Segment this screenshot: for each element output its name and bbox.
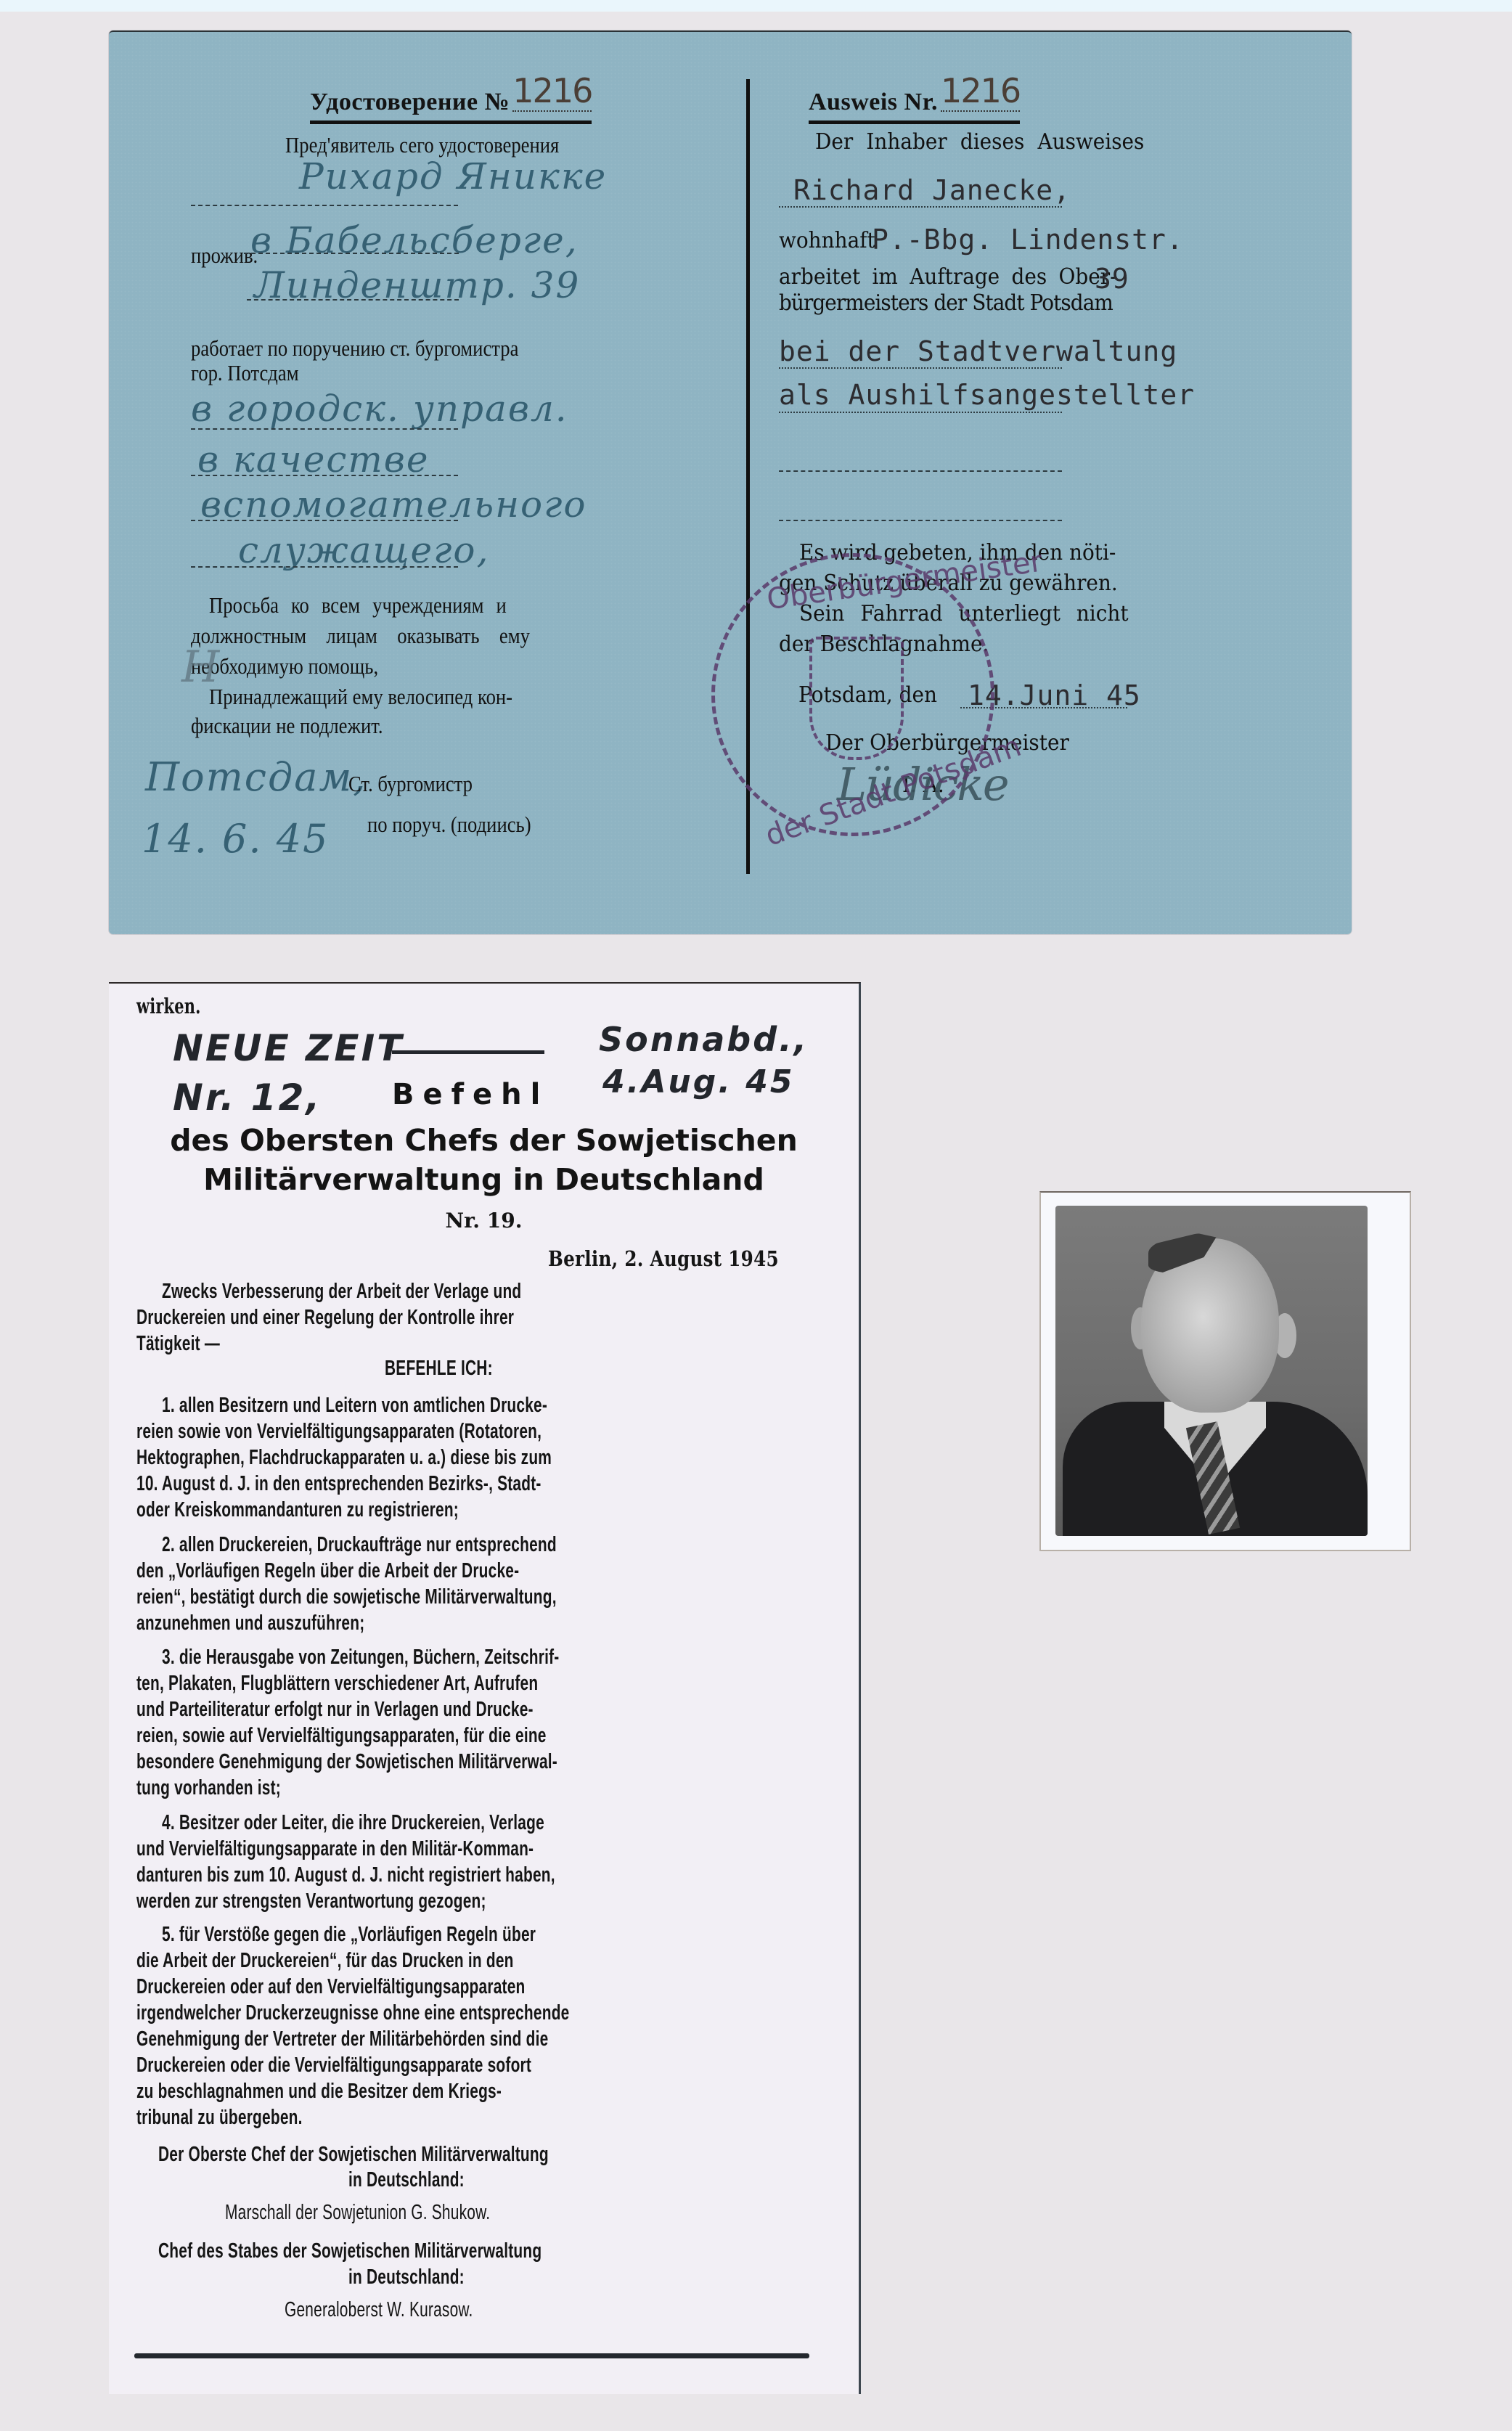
clipping-fragment: wirken. xyxy=(136,994,201,1018)
dotted-line xyxy=(191,205,458,206)
german-works-line-2: bürgermeisters der Stadt Potsdam xyxy=(779,290,1113,316)
clipping-bottom-rule xyxy=(134,2353,809,2358)
order-item-line: reien“, bestätigt durch die sowjetische … xyxy=(136,1585,557,1609)
russian-residence-label: прожив. xyxy=(191,242,258,269)
russian-request-2: должностным лицам оказывать ему xyxy=(191,623,530,649)
order-item-line: Druckereien oder die Vervielfältigungsap… xyxy=(136,2054,531,2077)
order-item-line: 2. allen Druckereien, Druckaufträge nur … xyxy=(162,1533,557,1557)
russian-date-handwritten: 14. 6. 45 xyxy=(142,816,329,862)
order-item-line: besondere Genehmigung der Sowjetischen M… xyxy=(136,1750,557,1774)
german-job-typed-2: als Aushilfsangestellter xyxy=(779,379,1195,411)
russian-job-handwritten-4: служащего, xyxy=(238,529,489,571)
coat-of-arms-icon xyxy=(809,637,904,760)
signature-block-line: Chef des Stabes der Sowjetischen Militär… xyxy=(158,2239,542,2263)
intro-line: Tätigkeit — xyxy=(136,1332,220,1356)
order-item-line: den „Vorläufigen Regeln über die Arbeit … xyxy=(136,1559,519,1583)
russian-works-line: работает по поручению ст. бургомистра xyxy=(191,335,518,361)
order-item-line: 10. August d. J. in den entsprechenden B… xyxy=(136,1472,542,1496)
dotted-line xyxy=(191,475,458,476)
order-item-line: und Parteiliteratur erfolgt nur in Verla… xyxy=(136,1698,534,1722)
order-item-line: tribunal zu übergeben. xyxy=(136,2106,303,2130)
order-item-line: 4. Besitzer oder Leiter, die ihre Drucke… xyxy=(162,1811,544,1835)
signature-block-line: Generaloberst W. Kurasow. xyxy=(285,2298,473,2322)
order-item-line: Genehmigung der Vertreter der Militärbeh… xyxy=(136,2027,548,2051)
headline-befehl: Befehl xyxy=(392,1078,549,1111)
russian-bicycle-2: фискации не подлежит. xyxy=(191,713,383,739)
russian-request-1: Просьба ко всем учреждениям и xyxy=(209,592,507,618)
signature-block-line: Marschall der Sowjetunion G. Shukow. xyxy=(225,2201,490,2225)
order-item-line: werden zur strengsten Verantwortung gezo… xyxy=(136,1889,486,1913)
headline-line-2: des Obersten Chefs der Sowjetischen xyxy=(109,1123,859,1158)
intro-line: Druckereien und einer Regelung der Kontr… xyxy=(136,1306,514,1330)
russian-place-handwritten: Потсдам, xyxy=(145,754,367,800)
handwritten-date: 4.Aug. 45 xyxy=(602,1063,794,1100)
order-item-line: Hektographen, Flachdruckapparaten u. a.)… xyxy=(136,1446,552,1470)
german-id-number: 1216 xyxy=(941,71,1020,112)
order-item-line: irgendwelcher Druckerzeugnisse ohne eine… xyxy=(136,2001,569,2025)
pencil-mark: Н xyxy=(181,642,221,692)
dotted-line xyxy=(247,299,459,301)
russian-title: Удостоверение №1216 xyxy=(310,78,592,124)
dotted-line xyxy=(779,470,1062,472)
handwritten-paper-name: NEUE ZEIT xyxy=(173,1027,404,1069)
portrait-photo xyxy=(1055,1206,1368,1536)
order-item-line: zu beschlagnahmen und die Besitzer dem K… xyxy=(136,2080,502,2104)
russian-bicycle-1: Принадлежащий ему велосипед кон- xyxy=(209,684,512,710)
signature-block-line: in Deutschland: xyxy=(348,2168,465,2192)
russian-residence-handwritten-1: в Бабельсберге, xyxy=(250,219,579,261)
order-item-line: 5. für Verstöße gegen die „Vorläufigen R… xyxy=(162,1923,536,1947)
id-card: Удостоверение №1216 Пред'явитель сего уд… xyxy=(109,30,1352,934)
dotted-line xyxy=(191,520,458,521)
russian-job-handwritten-1: в городск. управл. xyxy=(191,388,568,430)
intro-line: Zwecks Verbesserung der Arbeit der Verla… xyxy=(162,1280,521,1304)
order-item-line: Druckereien oder auf den Vervielfältigun… xyxy=(136,1975,526,1999)
command-line: BEFEHLE ICH: xyxy=(385,1357,493,1381)
newspaper-clipping: wirken. NEUE ZEIT Sonnabd., Nr. 12, 4.Au… xyxy=(109,982,861,2394)
russian-bearer-line: Пред'явитель сего удостоверения xyxy=(285,132,559,158)
order-item-line: reien, sowie auf Vervielfältigungsappara… xyxy=(136,1724,547,1748)
german-residence-label: wohnhaft xyxy=(779,228,875,253)
russian-signer-2: по поруч. (подиись) xyxy=(367,812,531,838)
dotted-line xyxy=(779,412,1062,413)
order-item-line: anzunehmen und auszuführen; xyxy=(136,1611,364,1635)
dateline: Berlin, 2. August 1945 xyxy=(548,1246,779,1271)
german-residence-typed: P.-Bbg. Lindenstr. xyxy=(872,224,1184,256)
dotted-line xyxy=(779,367,1062,369)
handwritten-day: Sonnabd., xyxy=(599,1020,809,1059)
headline-line-3: Militärverwaltung in Deutschland xyxy=(109,1162,859,1197)
german-name-typed: Richard Janecke, xyxy=(793,174,1071,206)
german-job-typed-1: bei der Stadtverwaltung xyxy=(779,335,1177,367)
russian-name-handwritten: Рихард Яникке xyxy=(299,155,607,197)
handwritten-strike xyxy=(392,1050,544,1054)
dotted-line xyxy=(779,520,1062,521)
russian-city-line: гор. Потсдам xyxy=(191,360,299,386)
german-title: Ausweis Nr.1216 xyxy=(809,78,1020,124)
german-works-line-1: arbeitet im Auftrage des Ober- xyxy=(779,264,1117,290)
id-card-russian-side: Удостоверение №1216 Пред'явитель сего уд… xyxy=(109,32,746,934)
order-item-line: 1. allen Besitzern und Leitern von amtli… xyxy=(162,1394,547,1418)
russian-signer-1: Ст. бургомистр xyxy=(348,771,473,797)
order-item-line: reien sowie von Vervielfältigungsapparat… xyxy=(136,1420,542,1444)
russian-id-number: 1216 xyxy=(512,71,592,112)
scan-top-strip xyxy=(0,0,1512,12)
dotted-line xyxy=(244,253,459,254)
signature-block-line: in Deutschland: xyxy=(348,2265,465,2289)
dotted-line xyxy=(191,428,458,430)
order-item-line: ten, Plakaten, Flugblättern verschiedene… xyxy=(136,1672,538,1696)
order-item-line: und Vervielfältigungsapparate in den Mil… xyxy=(136,1837,534,1861)
order-item-line: 3. die Herausgabe von Zeitungen, Büchern… xyxy=(162,1646,559,1670)
order-item-line: die Arbeit der Druckereien“, für das Dru… xyxy=(136,1949,514,1973)
official-stamp: Oberbürgermeister der Stadt Potsdam xyxy=(711,553,994,836)
order-item-line: danturen bis zum 10. August d. J. nicht … xyxy=(136,1863,555,1887)
handwritten-issue: Nr. 12, xyxy=(173,1076,322,1119)
dotted-line xyxy=(191,566,458,568)
order-item-line: tung vorhanden ist; xyxy=(136,1776,281,1800)
german-holder-line: Der Inhaber dieses Ausweises xyxy=(815,129,1144,155)
dotted-line xyxy=(779,206,1062,208)
signature-block-line: Der Oberste Chef der Sowjetischen Militä… xyxy=(158,2143,549,2167)
order-number: Nr. 19. xyxy=(109,1209,859,1233)
portrait-photo-mount xyxy=(1039,1191,1411,1551)
order-item-line: oder Kreiskommandanturen zu registrieren… xyxy=(136,1498,459,1522)
